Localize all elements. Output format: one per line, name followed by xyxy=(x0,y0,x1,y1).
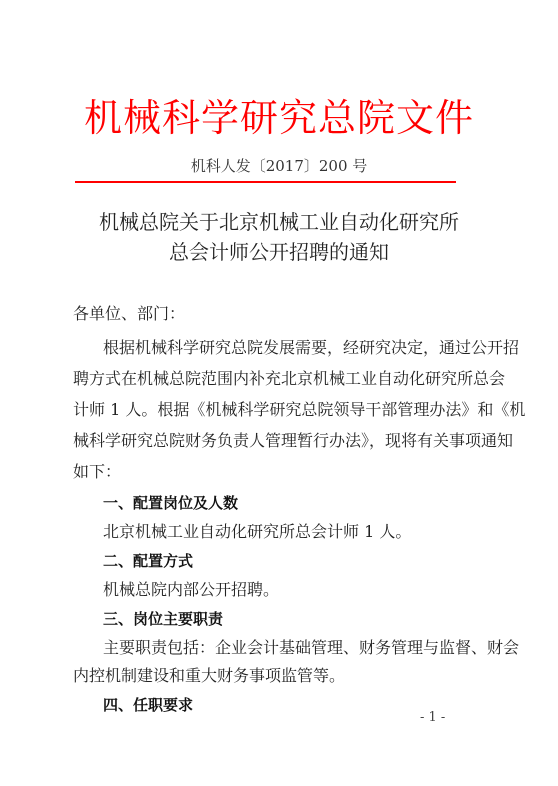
salutation: 各单位、部门： xyxy=(73,304,185,324)
intro-line-2: 聘方式在机械总院范围内补充北京机械工业自动化研究所总会 xyxy=(73,369,505,389)
section-1-line-1: 北京机械工业自动化研究所总会计师 1 人。 xyxy=(103,522,411,542)
intro-line-4: 械科学研究总院财务负责人管理暂行办法》，现将有关事项通知 xyxy=(73,431,513,451)
page-number: - 1 - xyxy=(420,710,445,725)
subject-line-2: 总会计师公开招聘的通知 xyxy=(0,240,558,264)
section-heading-4: 四、任职要求 xyxy=(103,695,193,715)
section-3-line-2: 内控机制建设和重大财务事项监管等。 xyxy=(73,666,345,686)
subject-line-1: 机械总院关于北京机械工业自动化研究所 xyxy=(0,210,558,234)
document-header-title: 机械科学研究总院文件 xyxy=(0,96,558,140)
intro-line-1: 根据机械科学研究总院发展需要，经研究决定，通过公开招 xyxy=(103,338,519,358)
intro-line-3: 计师 1 人。根据《机械科学研究总院领导干部管理办法》和《机 xyxy=(73,400,525,420)
section-heading-1: 一、配置岗位及人数 xyxy=(103,493,238,513)
section-3-line-1: 主要职责包括：企业会计基础管理、财务管理与监督、财会 xyxy=(103,638,519,658)
section-heading-2: 二、配置方式 xyxy=(103,551,193,571)
red-divider-line xyxy=(75,181,456,183)
section-heading-3: 三、岗位主要职责 xyxy=(103,609,223,629)
intro-line-5: 如下： xyxy=(73,462,121,482)
section-2-line-1: 机械总院内部公开招聘。 xyxy=(103,580,279,600)
document-number: 机科人发〔2017〕200 号 xyxy=(0,157,558,175)
